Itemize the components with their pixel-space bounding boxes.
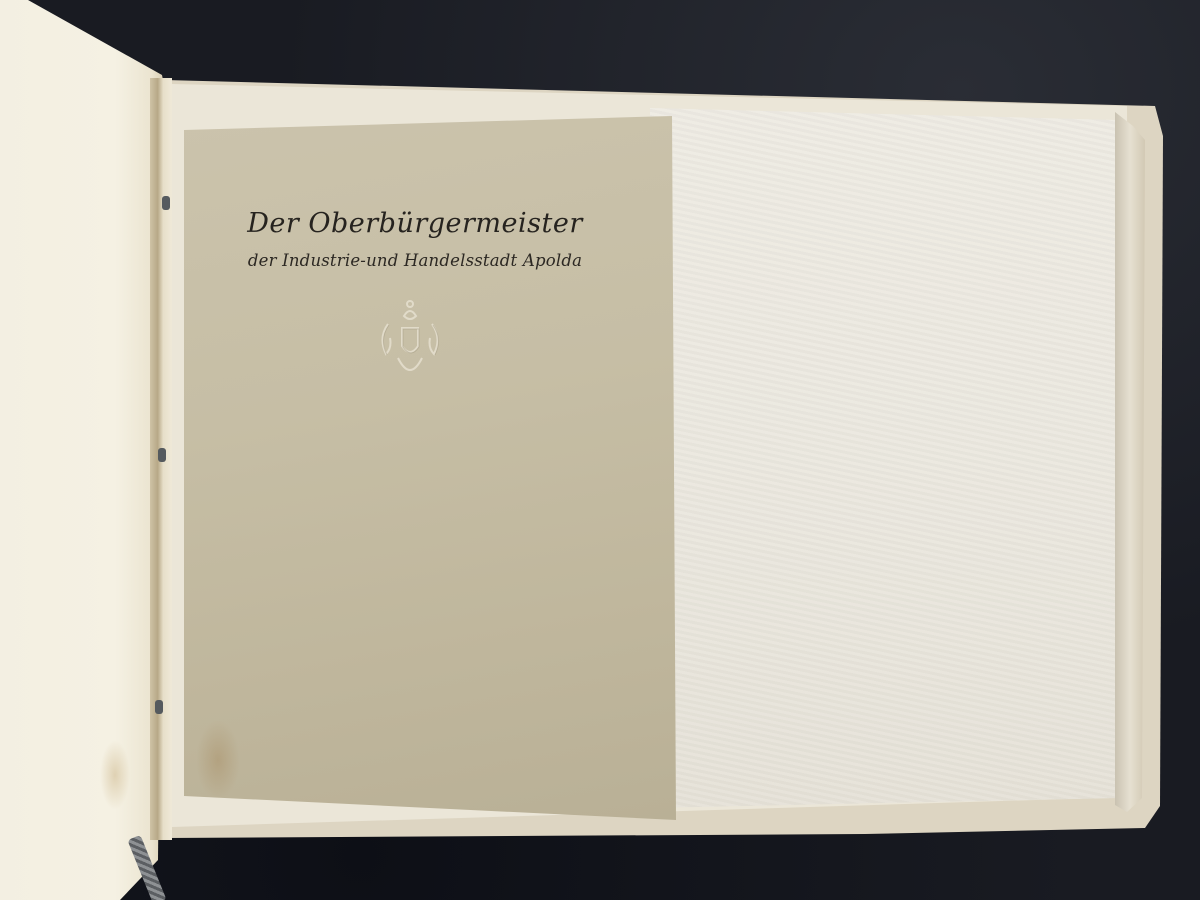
- letterhead-title: Der Oberbürgermeister: [200, 208, 630, 239]
- letterhead-subtitle: der Industrie-und Handelsstadt Apolda: [200, 251, 630, 270]
- left-page-stain: [100, 740, 130, 810]
- coat-of-arms-emboss-icon: [368, 298, 452, 384]
- binding-stitch: [155, 700, 163, 714]
- letterhead-stain: [196, 720, 240, 800]
- binding-stitch: [162, 196, 170, 210]
- binding-stitch: [158, 448, 166, 462]
- blank-right-page: [650, 108, 1120, 808]
- left-album-page: [0, 0, 165, 900]
- deckled-page-edge: [1115, 112, 1145, 812]
